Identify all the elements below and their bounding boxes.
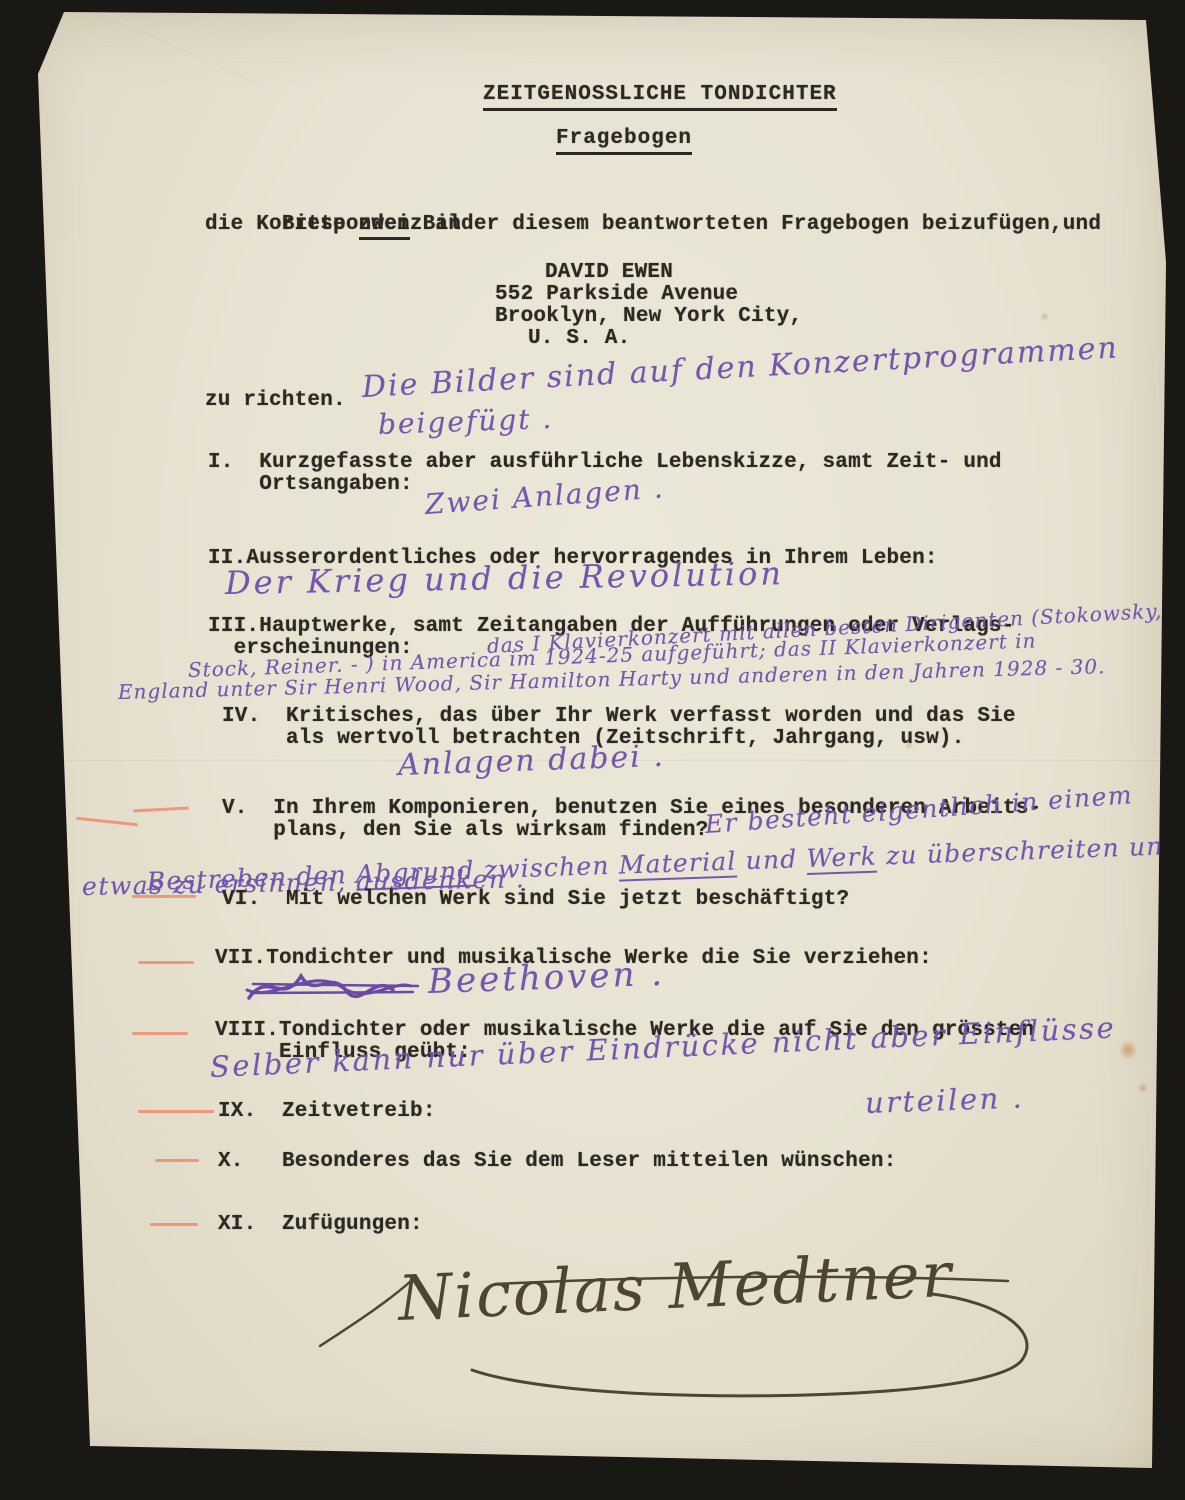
questionnaire-paper-sheet: ZEITGENOSSLICHE TONDICHTER Fragebogen Bi… [0,0,1185,1500]
salutation-typed: zu richten. [205,390,346,412]
question-6-line-1: VI. Mit welchen Werk sind Sie jetzt besc… [222,889,849,911]
address-country: U. S. A. [528,328,630,350]
intro-line-2: die Korrespondenz an [205,214,461,236]
purple-margin-ink-mark [44,640,66,724]
answer-5-segment: zu überschreiten und nie [876,829,1185,870]
address-name: DAVID EWEN [545,262,673,284]
intro-line-1-post: Bilder diesem beantworteten Fragebogen b… [410,213,1101,236]
handwritten-answer-7: Beethoven . [427,954,665,1002]
question-9-line-1: IX. Zeitvetreib: [218,1101,436,1123]
scribbled-out-word [243,962,438,1012]
red-pencil-mark-q7 [138,961,194,964]
age-spot-mid [905,742,913,750]
red-pencil-mark-q6 [132,895,196,898]
question-4-line-1: IV. Kritisches, das über Ihr Werk verfas… [222,706,1016,728]
red-pencil-mark-q11 [150,1223,198,1226]
document-subtitle: Fragebogen [556,128,692,155]
address-city: Brooklyn, New York City, [495,306,802,328]
scanned-document-photo: ZEITGENOSSLICHE TONDICHTER Fragebogen Bi… [0,0,1185,1500]
answer-5-underlined-werk: Werk [806,842,877,875]
age-stain-right-edge [1120,1038,1136,1062]
handwritten-answer-8-line-2: urteilen . [864,1080,1024,1120]
address-street: 552 Parkside Avenue [495,284,738,306]
red-pencil-mark-q9 [138,1110,214,1113]
red-pencil-mark-q8 [132,1032,188,1035]
handwritten-note-pictures-line-2: beigefügt . [377,402,553,441]
question-1-line-1: I. Kurzgefasste aber ausführliche Lebens… [208,452,1002,474]
question-10-line-1: X. Besonderes das Sie dem Leser mitteile… [218,1151,897,1173]
age-spot-upper [1040,312,1049,321]
signature-flourish [300,1250,1060,1410]
answer-5-underlined-material: Material [618,847,737,882]
red-pencil-mark-q10 [155,1159,199,1162]
age-stain-right-edge-small [1138,1082,1148,1094]
question-11-line-1: XI. Zufügungen: [218,1214,423,1236]
document-title: ZEITGENOSSLICHE TONDICHTER [483,84,837,111]
question-1-line-2: Ortsangaben: [208,474,413,496]
answer-5-segment: und [736,844,807,875]
